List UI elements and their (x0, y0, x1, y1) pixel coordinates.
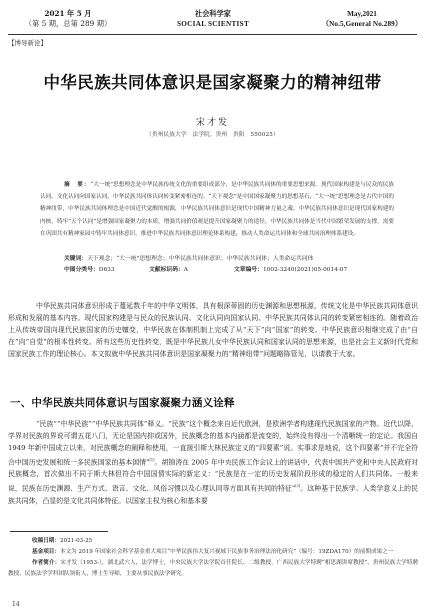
intro-paragraph: 中华民族共同体意识形成于蔓延数千年的中华文明体，具有根深蒂固的历史渊源和思想根源… (8, 300, 418, 360)
footnote-rule (10, 531, 108, 532)
issue-number-en: （No.5,General No.289） (307, 19, 417, 29)
author-bio-value: 宋才发（1953-），湖北武穴人，法学博士，中央民族大学法学院首任院长、二级教授… (8, 560, 418, 577)
section1-paragraph: “民族”“中华民族”“中华民族共同体”释义。“民族”这个概念来自近代欧洲，是欧洲… (8, 418, 418, 507)
author-bio-label: 作者简介： (32, 560, 60, 566)
column-tag: 【博导新论】 (8, 38, 47, 47)
article-author: 宋才发 (0, 115, 425, 128)
issue-date-block: 2021 年 5 月 （第 5 期，总第 289 期） (18, 9, 118, 29)
doc-code-label: 文献标识码： (149, 267, 184, 273)
page-number: 14 (12, 601, 20, 608)
fund-label: 基金项目： (32, 549, 60, 555)
header-rule (8, 34, 417, 35)
received-date: 收稿日期：2021-03-25 (8, 536, 418, 547)
running-header: 2021 年 5 月 （第 5 期，总第 289 期） 社会科学家 SOCIAL… (8, 9, 417, 35)
received-value: 2021-03-25 (60, 538, 92, 544)
keywords-text: 天下观念；“大一统”思想理念；中华民族共同体意识；中华民族共同体；人类命运共同体 (87, 256, 313, 262)
fund-value: 本文为 2019 年国家社会科学基金重大项目“中华民族伟大复兴视域下民族事务治理… (60, 549, 393, 555)
journal-page: 2021 年 5 月 （第 5 期，总第 289 期） 社会科学家 SOCIAL… (0, 0, 425, 612)
author-bio: 作者简介：宋才发（1953-），湖北武穴人，法学博士，中央民族大学法学院首任院长… (8, 558, 418, 580)
section-heading: 一、中华民族共同体意识与国家凝聚力涵义诠释 (10, 395, 235, 410)
intro-text: 中华民族共同体意识形成于蔓延数千年的中华文明体，具有根深蒂固的历史渊源和思想根源… (8, 300, 418, 360)
article-title: 中华民族共同体意识是国家凝聚力的精神纽带 (0, 69, 425, 93)
journal-name-block: 社会科学家 SOCIAL SCIENTIST (158, 9, 268, 29)
issue-number: （第 5 期，总第 289 期） (18, 19, 118, 29)
article-no-label: 文章编号： (234, 267, 263, 273)
journal-name-cn: 社会科学家 (158, 9, 268, 19)
abstract-label: 摘 要： (64, 182, 90, 188)
issue-date-en-block: May,2021 （No.5,General No.289） (307, 9, 417, 29)
issue-date-en: May,2021 (307, 9, 417, 19)
abstract-text: “大一统”思想理念是中华民族传统文化的重要组成部分，是中华民族共同体的重要思想来… (40, 182, 394, 237)
document-code: 文献标识码：A (149, 265, 188, 276)
journal-name-en: SOCIAL SCIENTIST (158, 19, 268, 29)
abstract: 摘 要：“大一统”思想理念是中华民族传统文化的重要组成部分，是中华民族共同体的重… (40, 179, 394, 240)
keywords-label: 关键词： (64, 256, 87, 262)
clc-value: D633 (99, 267, 115, 273)
received-label: 收稿日期： (32, 538, 60, 544)
author-affiliation: （贵州民族大学 法学院，贵州 贵阳 550025） (0, 130, 425, 138)
keywords: 关键词：天下观念；“大一统”思想理念；中华民族共同体意识；中华民族共同体；人类命… (40, 254, 394, 265)
clc-number: 中图分类号：D633 (64, 265, 115, 276)
article-no-value: 1002-3240(2021)05-0014-07 (263, 267, 347, 273)
article-number: 文章编号：1002-3240(2021)05-0014-07 (234, 265, 347, 276)
doc-code-value: A (184, 267, 188, 273)
fund-info: 基金项目：本文为 2019 年国家社会科学基金重大项目“中华民族伟大复兴视域下民… (8, 547, 418, 558)
footnotes: 收稿日期：2021-03-25 基金项目：本文为 2019 年国家社会科学基金重… (8, 536, 418, 580)
issue-date: 2021 年 5 月 (18, 9, 118, 19)
clc-label: 中图分类号： (64, 267, 99, 273)
